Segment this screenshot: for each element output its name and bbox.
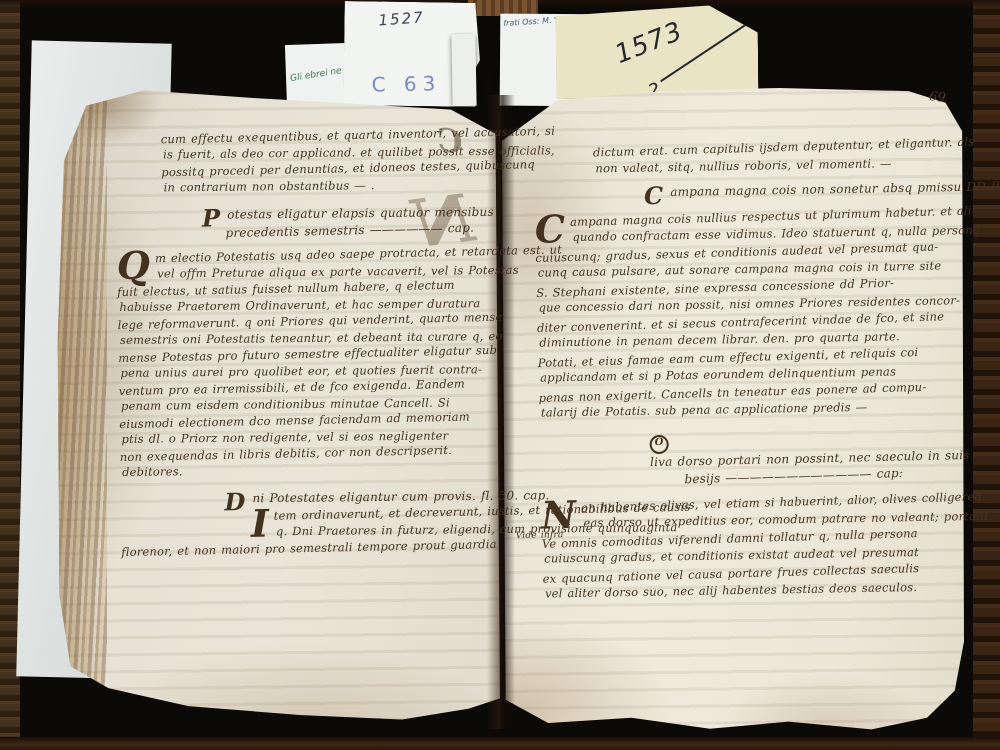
paragraph: dictum erat. cum capitulis ijsdem depute… [593,135,948,178]
chapter-heading-oliva: Oliva dorso portari non possint, nec sae… [649,426,954,489]
slip-mark-c63: C 63 [371,71,441,96]
bookmark-slip-blank [451,34,476,106]
drop-cap-o-circled: O [649,434,668,453]
green-note-text: Gli ebrei ne [290,66,343,84]
wood-frame-bottom [0,737,1000,750]
folio-number: 69 [928,89,946,106]
slip-number-1527: 1527 [378,8,425,29]
paragraph-quia-electio: Q m electio Potestatis usq adeo saepe pr… [117,244,499,481]
paragraph-campana-magna: C ampana magna cois nullius respectus ut… [534,204,953,423]
paragraph: cum effectu exequentibus, et quarta inve… [161,125,494,196]
slip-number-1573: 1573 [611,16,687,70]
wood-frame-right [973,0,1000,750]
bookmark-slip-green-note: Gli ebrei ne [285,43,351,109]
bookmark-slip-1573: 1573 2 [556,5,759,99]
chapter-heading-potestas: P otestas eligatur elapsis quatuor mensi… [202,203,494,241]
left-page-text: cum effectu exequentibus, et quarta inve… [115,125,500,559]
right-page-text: dictum erat. cum capitulis ijsdem depute… [533,135,957,604]
paragraph-non-habentes: Vide infra N on habentes olivas, vel eti… [541,490,957,604]
text-line: debitores. [122,459,500,479]
text-line: in contrarium non obstantibus — . [163,175,495,195]
paragraph-item: I tem ordinaverunt, et decreverunt, iust… [121,504,500,559]
manuscript-photo: Gli ebrei ne 1527 C 63 frati Oss: M. 'h.… [0,0,1000,750]
